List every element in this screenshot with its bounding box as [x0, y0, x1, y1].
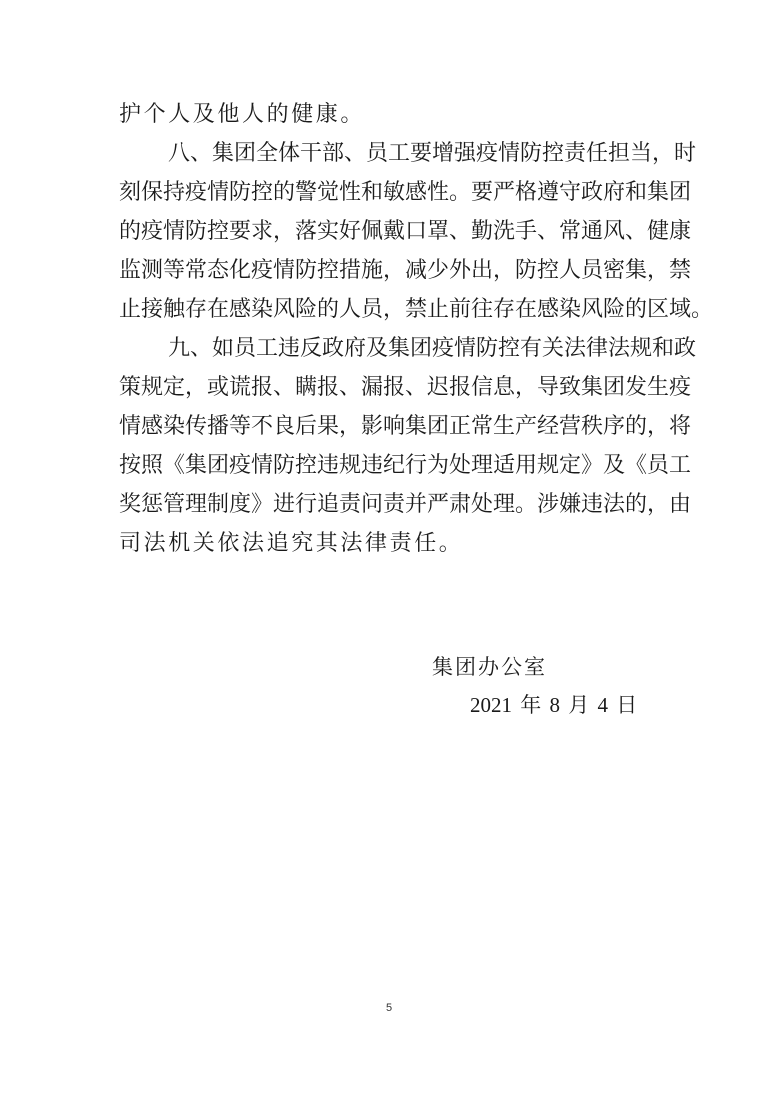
paragraph-line: 司法机关依法追究其法律责任。 [119, 529, 667, 568]
page-number: 5 [381, 1002, 397, 1014]
paragraph-line: 九、如员工违反政府及集团疫情防控有关法律法规和政 [119, 334, 667, 373]
paragraph-line: 八、集团全体干部、员工要增强疫情防控责任担当，时 [119, 139, 667, 178]
paragraph-line: 刻保持疫情防控的警觉性和敏感性。要严格遵守政府和集团 [119, 178, 667, 217]
paragraph-line: 策规定，或谎报、瞒报、漏报、迟报信息，导致集团发生疫 [119, 373, 667, 412]
paragraph-line: 护个人及他人的健康。 [119, 100, 667, 139]
document-page: 护个人及他人的健康。 八、集团全体干部、员工要增强疫情防控责任担当，时 刻保持疫… [0, 0, 777, 1099]
paragraph-line: 按照《集团疫情防控违规违纪行为处理适用规定》及《员工 [119, 451, 667, 490]
signature-issuer: 集团办公室 [432, 652, 547, 682]
paragraph-line: 监测等常态化疫情防控措施，减少外出，防控人员密集，禁 [119, 256, 667, 295]
paragraph-line: 的疫情防控要求，落实好佩戴口罩、勤洗手、常通风、健康 [119, 217, 667, 256]
paragraph-line: 奖惩管理制度》进行追责问责并严肃处理。涉嫌违法的，由 [119, 490, 667, 529]
paragraph-line: 情感染传播等不良后果，影响集团正常生产经营秩序的，将 [119, 412, 667, 451]
body-text: 护个人及他人的健康。 八、集团全体干部、员工要增强疫情防控责任担当，时 刻保持疫… [119, 100, 667, 568]
paragraph-line: 止接触存在感染风险的人员，禁止前往存在感染风险的区域。 [119, 295, 667, 334]
signature-date: 2021 年 8 月 4 日 [470, 690, 637, 720]
